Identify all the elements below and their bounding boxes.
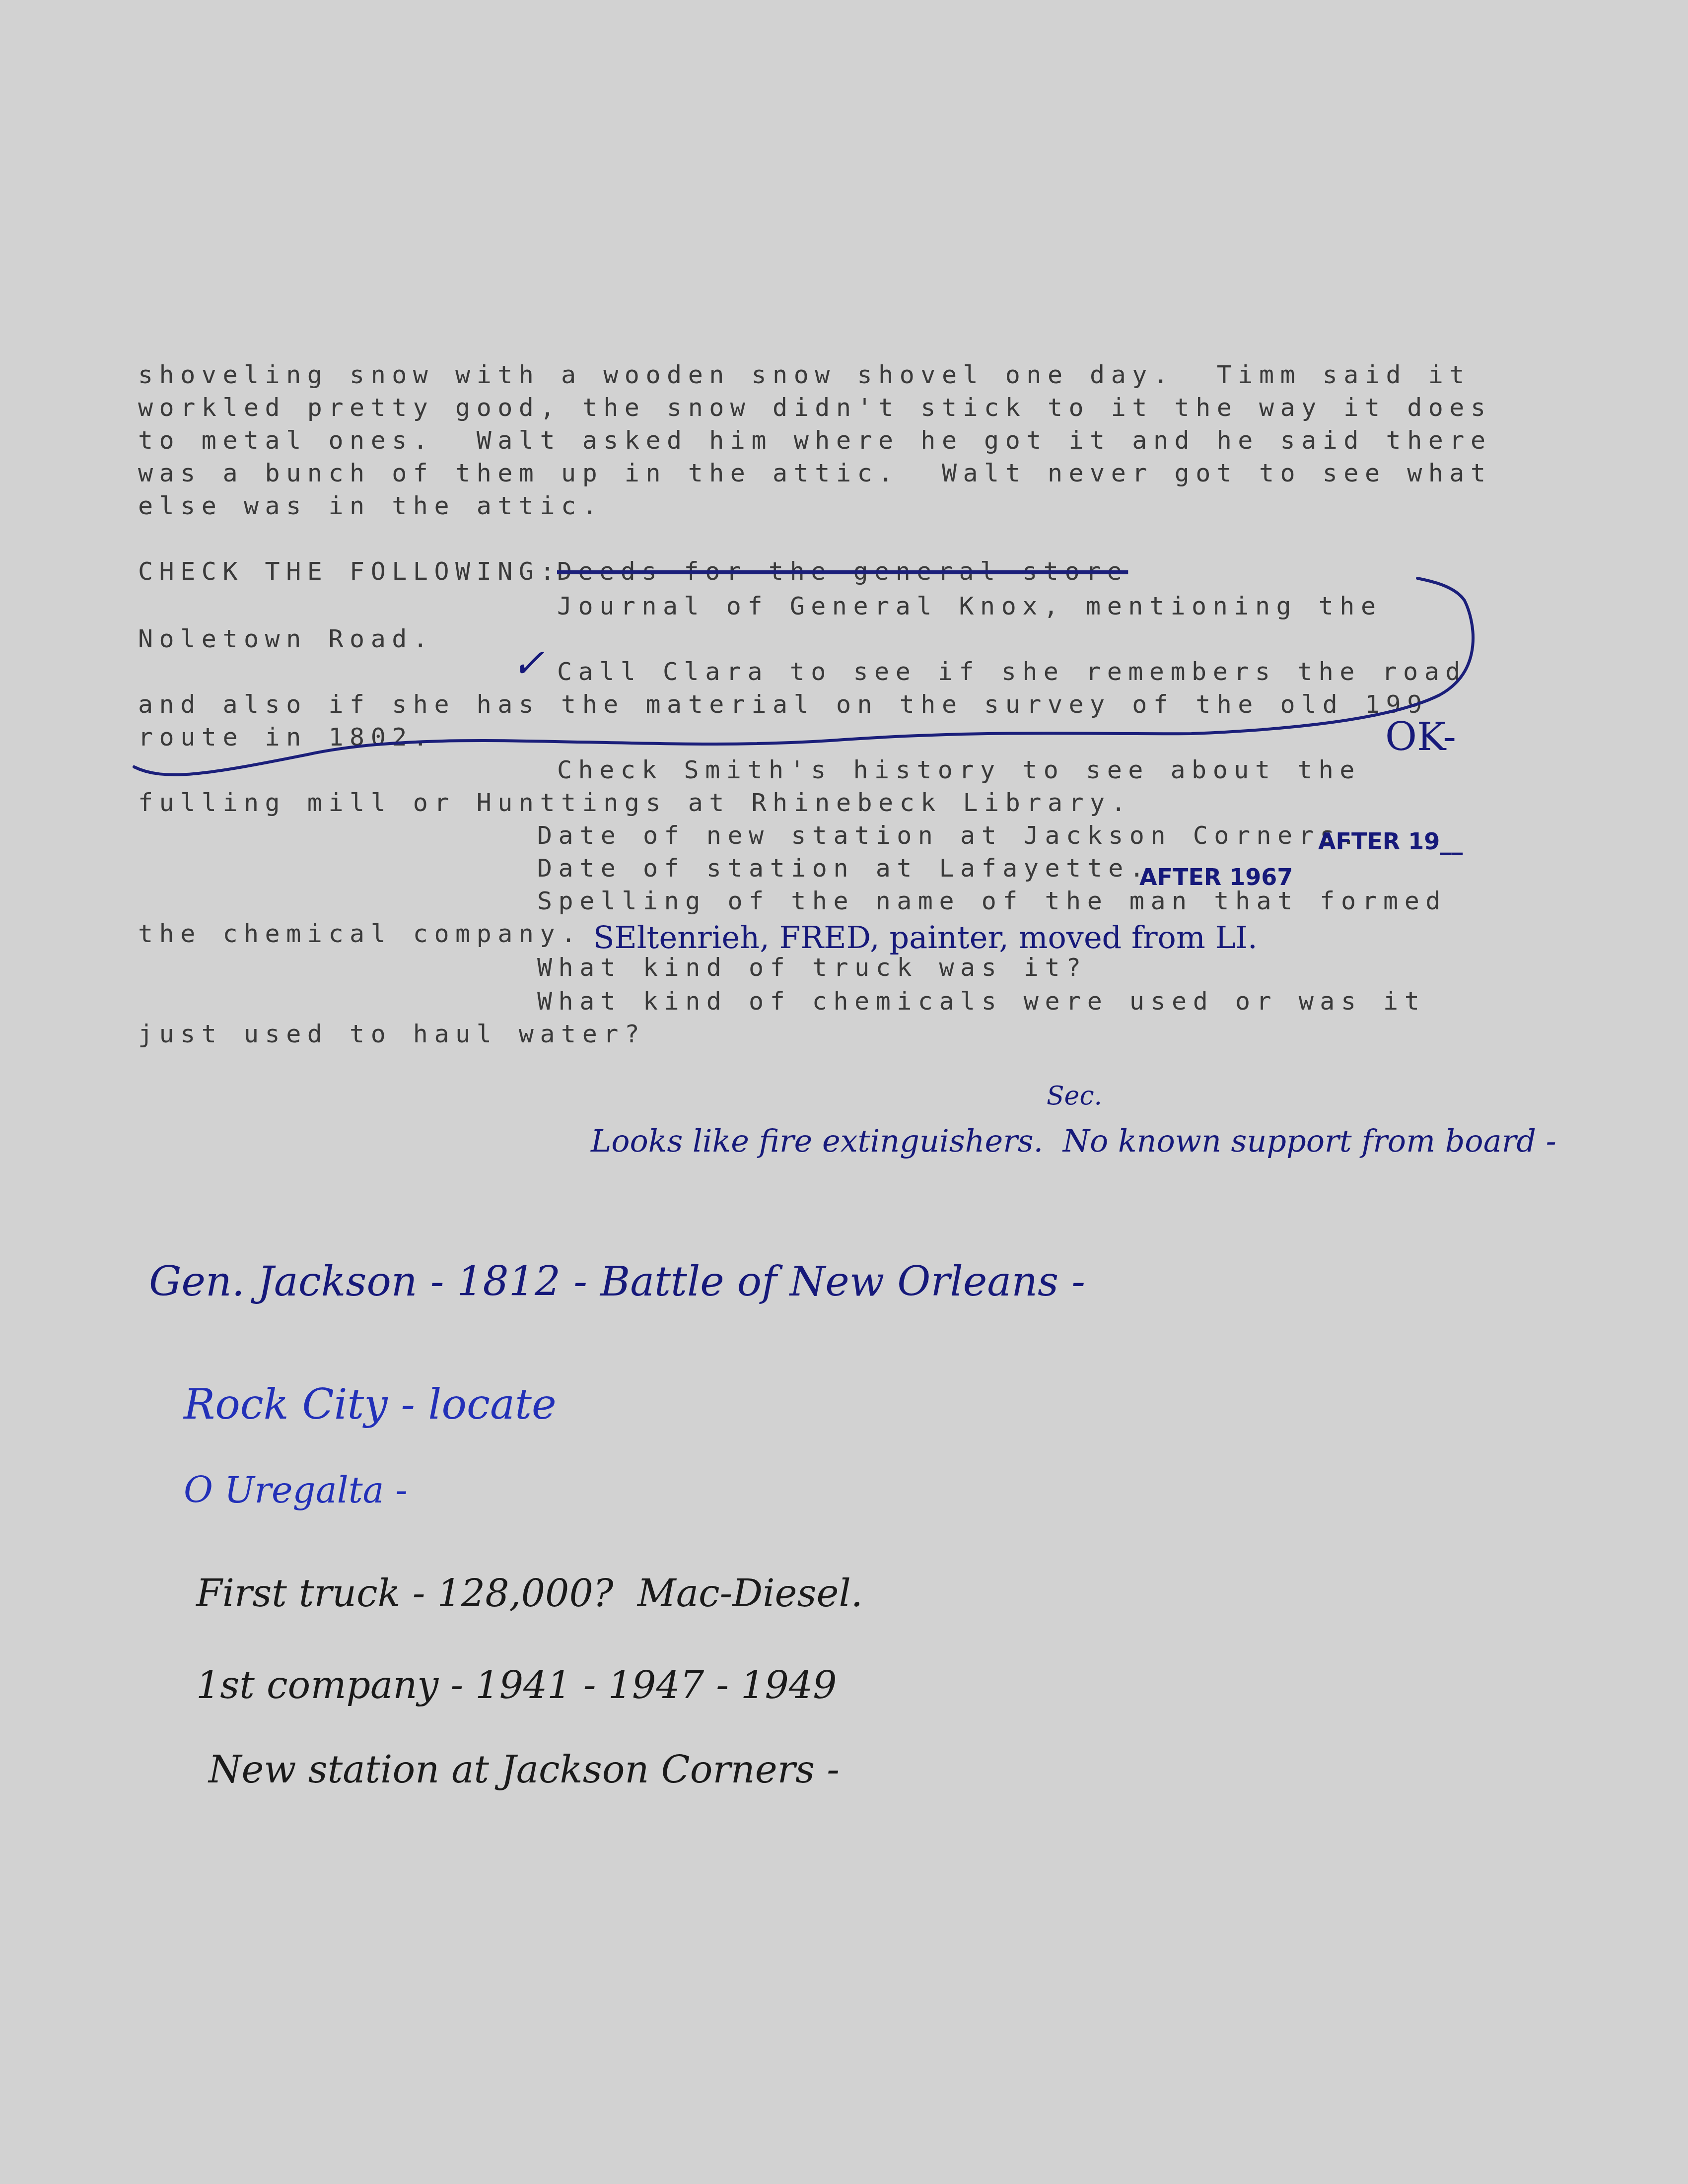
- ink-bracket-stroke: [0, 0, 1688, 2184]
- jackson-date-note: AFTER 19__: [1318, 828, 1463, 855]
- fire-extinguishers-note: Looks like fire extinguishers. No known …: [591, 1123, 1556, 1159]
- scanned-document-page: shoveling snow with a wooden snow shovel…: [0, 0, 1688, 2184]
- sec-note: Sec.: [1047, 1081, 1102, 1111]
- checkmark-icon: ✓: [511, 640, 545, 686]
- ok-note: OK-: [1385, 715, 1456, 759]
- checklist-item-clara-cont: and also if she has the material on the …: [138, 688, 1428, 721]
- checklist-item-truck: What kind of truck was it?: [537, 951, 1087, 984]
- struck-checklist-item: Deeds for the general store: [557, 555, 1128, 588]
- typed-paragraph-line: to metal ones. Walt asked him where he g…: [138, 424, 1492, 457]
- checklist-item-chemicals: What kind of chemicals were used or was …: [537, 985, 1425, 1018]
- typed-paragraph-line: workled pretty good, the snow didn't sti…: [138, 391, 1492, 424]
- checklist-item-lafayette: Date of station at Lafayette.: [537, 852, 1150, 885]
- first-company-note: 1st company - 1941 - 1947 - 1949: [196, 1663, 837, 1707]
- rock-city-note: Rock City - locate: [184, 1380, 557, 1429]
- checklist-heading: CHECK THE FOLLOWING:: [138, 555, 561, 588]
- checklist-item-spelling: Spelling of the name of the man that for…: [537, 885, 1447, 917]
- checklist-item-clara-cont: route in 1802.: [138, 721, 434, 753]
- typed-paragraph-line: else was in the attic.: [138, 489, 603, 522]
- new-station-note: New station at Jackson Corners -: [209, 1747, 840, 1791]
- checklist-item-chemicals-cont: just used to haul water?: [138, 1018, 645, 1050]
- first-truck-note: First truck - 128,000? Mac-Diesel.: [196, 1571, 863, 1615]
- checklist-item-journal: Journal of General Knox, mentioning the: [557, 590, 1382, 622]
- checklist-item-clara: Call Clara to see if she remembers the r…: [557, 655, 1467, 688]
- typed-paragraph-line: shoveling snow with a wooden snow shovel…: [138, 358, 1471, 391]
- checklist-item-journal-cont: Noletown Road.: [138, 622, 434, 655]
- second-blue-note: O Uregalta -: [184, 1469, 408, 1511]
- battle-of-new-orleans-note: Gen. Jackson - 1812 - Battle of New Orle…: [149, 1258, 1085, 1305]
- checklist-item-smith: Check Smith's history to see about the: [557, 753, 1361, 786]
- checklist-item-jackson: Date of new station at Jackson Corners.: [537, 819, 1362, 852]
- checklist-item-spelling-cont: the chemical company.: [138, 917, 582, 950]
- lafayette-date-note: AFTER 1967: [1139, 864, 1293, 890]
- checklist-item-smith-cont: fulling mill or Hunttings at Rhinebeck L…: [138, 786, 1132, 819]
- typed-paragraph-line: was a bunch of them up in the attic. Wal…: [138, 457, 1492, 489]
- chemical-company-founder-note: SEltenrieh, FRED, painter, moved from LI…: [593, 919, 1258, 955]
